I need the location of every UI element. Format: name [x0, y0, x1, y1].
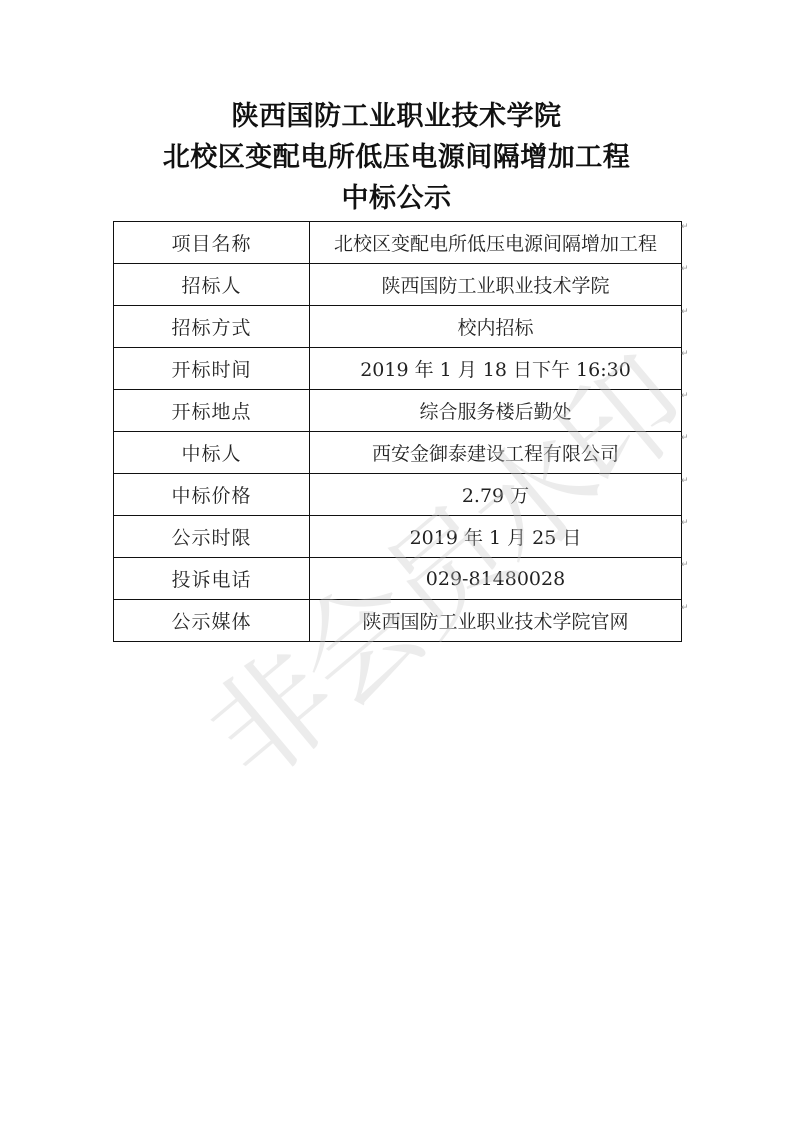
paragraph-mark-icon: ↵ — [681, 517, 693, 559]
table-row: 中标价格 2.79 万 — [114, 474, 682, 516]
row-value-opening-time: 2019 年 1 月 18 日下午 16:30 — [310, 348, 682, 390]
paragraph-mark-icon: ↵ — [681, 559, 693, 601]
row-label-complaint-phone: 投诉电话 — [114, 558, 310, 600]
row-value-tenderer: 陕西国防工业职业技术学院 — [310, 264, 682, 306]
row-value-winning-price: 2.79 万 — [310, 474, 682, 516]
table-row: 开标时间 2019 年 1 月 18 日下午 16:30 — [114, 348, 682, 390]
table-row: 招标人 陕西国防工业职业技术学院 — [114, 264, 682, 306]
row-value-opening-place: 综合服务楼后勤处 — [310, 390, 682, 432]
row-label-winning-price: 中标价格 — [114, 474, 310, 516]
table-row: 开标地点 综合服务楼后勤处 — [114, 390, 682, 432]
bid-info-table: 项目名称 北校区变配电所低压电源间隔增加工程 招标人 陕西国防工业职业技术学院 … — [113, 221, 682, 642]
table-row: 项目名称 北校区变配电所低压电源间隔增加工程 — [114, 222, 682, 264]
row-label-tender-method: 招标方式 — [114, 306, 310, 348]
paragraph-mark-icon: ↵ — [681, 432, 693, 474]
paragraph-mark-icon: ↵ — [681, 348, 693, 390]
row-label-project-name: 项目名称 — [114, 222, 310, 264]
row-value-winning-bidder: 西安金御泰建设工程有限公司 — [310, 432, 682, 474]
table-row: 公示时限 2019 年 1 月 25 日 — [114, 516, 682, 558]
paragraph-mark-icon: ↵ — [681, 390, 693, 432]
row-value-project-name: 北校区变配电所低压电源间隔增加工程 — [310, 222, 682, 264]
row-label-opening-place: 开标地点 — [114, 390, 310, 432]
row-label-notice-period: 公示时限 — [114, 516, 310, 558]
row-value-tender-method: 校内招标 — [310, 306, 682, 348]
row-value-notice-media: 陕西国防工业职业技术学院官网 — [310, 600, 682, 642]
paragraph-mark-icon: ↵ — [681, 475, 693, 517]
paragraph-mark-icon: ↵ — [681, 306, 693, 348]
table-row: 中标人 西安金御泰建设工程有限公司 — [114, 432, 682, 474]
table-row: 公示媒体 陕西国防工业职业技术学院官网 — [114, 600, 682, 642]
table-row: 投诉电话 029-81480028 — [114, 558, 682, 600]
paragraph-mark-icon: ↵ — [681, 263, 693, 305]
title-line-notice: 中标公示 — [0, 179, 793, 219]
row-label-notice-media: 公示媒体 — [114, 600, 310, 642]
row-value-complaint-phone: 029-81480028 — [310, 558, 682, 600]
row-label-winning-bidder: 中标人 — [114, 432, 310, 474]
title-line-project: 北校区变配电所低压电源间隔增加工程 — [0, 138, 793, 178]
row-label-tenderer: 招标人 — [114, 264, 310, 306]
paragraph-mark-icon: ↵ — [681, 221, 693, 263]
paragraph-mark-icon: ↵ — [681, 602, 693, 644]
row-value-notice-period: 2019 年 1 月 25 日 — [310, 516, 682, 558]
paragraph-marks: ↵ ↵ ↵ ↵ ↵ ↵ ↵ ↵ ↵ ↵ — [681, 221, 693, 644]
table-row: 招标方式 校内招标 — [114, 306, 682, 348]
title-line-institution: 陕西国防工业职业技术学院 — [0, 97, 793, 137]
row-label-opening-time: 开标时间 — [114, 348, 310, 390]
